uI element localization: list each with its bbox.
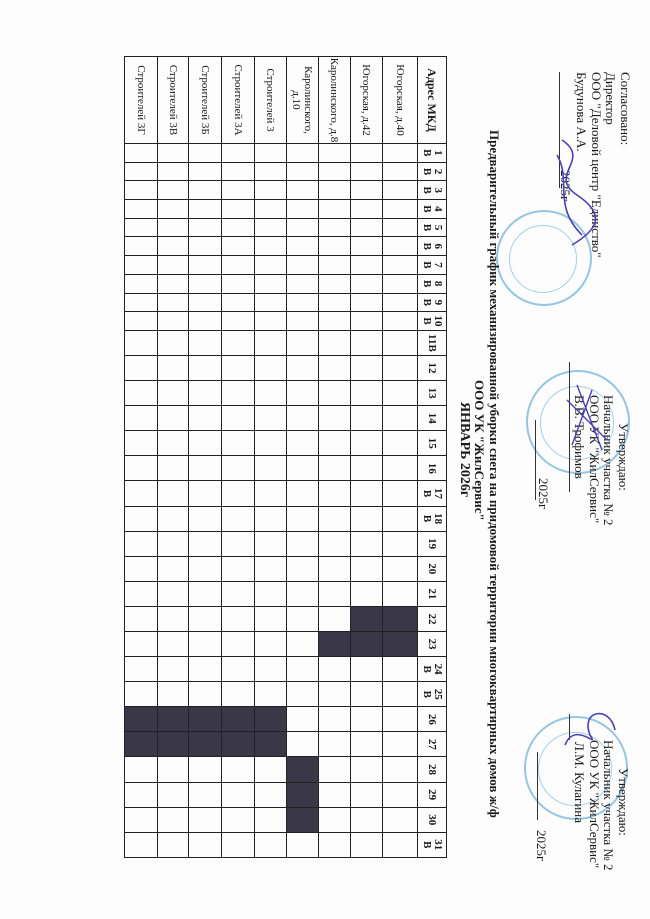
schedule-cell [158, 162, 189, 181]
table-row: Каролинского, д.8 [319, 57, 351, 858]
table-row: Югорская, д.42 [351, 57, 383, 858]
schedule-cell [222, 581, 255, 606]
schedule-cell [351, 832, 383, 857]
schedule-cell [287, 406, 319, 431]
address-cell: Югорская, д.40 [383, 57, 418, 144]
schedule-cell [222, 682, 255, 707]
schedule-cell [189, 293, 222, 312]
day-number: 23 [427, 632, 438, 656]
day-header: 6В [418, 237, 447, 256]
address-cell: Строителей 3 [255, 57, 287, 144]
schedule-cell [222, 481, 255, 506]
schedule-cell [351, 581, 383, 606]
schedule-cell [125, 406, 158, 431]
schedule-cell [287, 556, 319, 581]
schedule-cell [222, 456, 255, 481]
day-off-mark: В [421, 682, 432, 706]
schedule-cell [158, 312, 189, 331]
schedule-cell [319, 406, 351, 431]
schedule-cell [189, 481, 222, 506]
schedule-cell [383, 200, 418, 219]
day-header: 28 [418, 757, 447, 782]
schedule-cell [125, 757, 158, 782]
schedule-cell [222, 162, 255, 181]
schedule-cell [319, 531, 351, 556]
day-number: 18 [432, 507, 443, 531]
schedule-cell [351, 682, 383, 707]
day-off-mark: В [421, 833, 432, 857]
schedule-cell [287, 312, 319, 331]
signature-icon [560, 700, 620, 760]
schedule-cell [319, 181, 351, 200]
schedule-cell [351, 757, 383, 782]
schedule-cell [125, 218, 158, 237]
schedule-cell [383, 381, 418, 406]
schedule-cell [158, 782, 189, 807]
schedule-cell [287, 381, 319, 406]
schedule-cell [189, 807, 222, 832]
day-header: 29 [418, 782, 447, 807]
schedule-cell [383, 256, 418, 275]
schedule-cell [351, 274, 383, 293]
day-off-mark: В [421, 481, 432, 505]
scheduled-cell [189, 732, 222, 757]
day-number: 14 [427, 406, 438, 430]
schedule-cell [351, 807, 383, 832]
schedule-cell [158, 406, 189, 431]
schedule-cell [189, 355, 222, 380]
schedule-cell [351, 782, 383, 807]
schedule-cell [319, 431, 351, 456]
day-number: 19 [427, 532, 438, 556]
day-header: 13 [418, 381, 447, 406]
approved2-date: 2025г [534, 830, 549, 861]
table-header-row: Адрес МКД 1В2В3В4В5В6В7В8В9В10В11В121314… [418, 57, 447, 858]
schedule-cell [222, 330, 255, 355]
schedule-cell [351, 431, 383, 456]
schedule-cell [125, 581, 158, 606]
schedule-cell [351, 293, 383, 312]
day-off-mark: В [421, 507, 432, 531]
schedule-cell [158, 682, 189, 707]
schedule-cell [287, 200, 319, 219]
approved1-date: 2025г [536, 478, 551, 509]
day-number: 16 [427, 456, 438, 480]
agreed-position: Директор [603, 72, 618, 258]
schedule-cell [255, 256, 287, 275]
schedule-cell [319, 807, 351, 832]
schedule-cell [158, 506, 189, 531]
schedule-cell [287, 456, 319, 481]
schedule-cell [255, 632, 287, 657]
schedule-cell [222, 256, 255, 275]
day-number: 6 [432, 237, 443, 255]
schedule-cell [125, 431, 158, 456]
scheduled-cell [125, 707, 158, 732]
schedule-cell [351, 406, 383, 431]
schedule-cell [222, 606, 255, 631]
day-header: 3В [418, 181, 447, 200]
schedule-cell [189, 531, 222, 556]
table-row: Строителей 3Б [189, 57, 222, 858]
schedule-cell [189, 431, 222, 456]
schedule-cell [383, 162, 418, 181]
schedule-cell [319, 144, 351, 163]
schedule-cell [222, 632, 255, 657]
schedule-cell [287, 732, 319, 757]
schedule-cell [158, 581, 189, 606]
schedule-cell [319, 200, 351, 219]
schedule-cell [287, 355, 319, 380]
day-off-mark: В [421, 219, 432, 237]
schedule-cell [158, 556, 189, 581]
schedule-cell [125, 832, 158, 857]
schedule-cell [222, 355, 255, 380]
schedule-cell [383, 506, 418, 531]
schedule-cell [319, 256, 351, 275]
scheduled-cell [255, 707, 287, 732]
day-number: 26 [427, 707, 438, 731]
schedule-cell [287, 481, 319, 506]
schedule-cell [383, 807, 418, 832]
day-header: 21 [418, 581, 447, 606]
day-off-mark: В [421, 181, 432, 199]
schedule-cell [319, 274, 351, 293]
schedule-cell [189, 237, 222, 256]
schedule-cell [255, 406, 287, 431]
schedule-cell [383, 657, 418, 682]
schedule-cell [255, 330, 287, 355]
day-number: 8 [432, 275, 443, 293]
day-header: 12 [418, 355, 447, 380]
schedule-cell [287, 218, 319, 237]
day-header: 8В [418, 274, 447, 293]
schedule-cell [319, 381, 351, 406]
table-row: Строителей 3А [222, 57, 255, 858]
day-number: 12 [427, 356, 438, 380]
schedule-cell [158, 606, 189, 631]
day-number: 27 [427, 732, 438, 756]
schedule-cell [255, 606, 287, 631]
schedule-cell [158, 757, 189, 782]
schedule-cell [319, 606, 351, 631]
address-cell: Каролинского, д.10 [287, 57, 319, 144]
day-number: 17 [432, 481, 443, 505]
schedule-cell [351, 181, 383, 200]
schedule-cell [125, 293, 158, 312]
day-number: 21 [427, 582, 438, 606]
schedule-cell [319, 506, 351, 531]
schedule-cell [383, 293, 418, 312]
schedule-cell [319, 556, 351, 581]
schedule-cell [125, 381, 158, 406]
schedule-cell [189, 312, 222, 331]
schedule-cell [383, 757, 418, 782]
schedule-cell [125, 181, 158, 200]
scheduled-cell [222, 732, 255, 757]
schedule-cell [189, 200, 222, 219]
schedule-cell [189, 606, 222, 631]
schedule-cell [222, 200, 255, 219]
schedule-cell [222, 657, 255, 682]
schedule-cell [222, 531, 255, 556]
scheduled-cell [125, 732, 158, 757]
day-header: 18В [418, 506, 447, 531]
schedule-cell [222, 431, 255, 456]
schedule-cell [351, 162, 383, 181]
schedule-cell [189, 218, 222, 237]
schedule-cell [222, 218, 255, 237]
scheduled-cell [383, 632, 418, 657]
day-number: 3 [432, 181, 443, 199]
address-cell: Строителей 3А [222, 57, 255, 144]
schedule-cell [255, 431, 287, 456]
schedule-cell [189, 381, 222, 406]
schedule-cell [383, 181, 418, 200]
schedule-cell [319, 657, 351, 682]
schedule-cell [158, 456, 189, 481]
schedule-cell [222, 506, 255, 531]
schedule-cell [319, 456, 351, 481]
schedule-cell [383, 456, 418, 481]
schedule-cell [319, 237, 351, 256]
scheduled-cell [222, 707, 255, 732]
schedule-cell [351, 312, 383, 331]
day-header: 25В [418, 682, 447, 707]
day-header: 4В [418, 200, 447, 219]
scheduled-cell [287, 757, 319, 782]
schedule-cell [287, 144, 319, 163]
schedule-cell [351, 330, 383, 355]
schedule-cell [255, 807, 287, 832]
schedule-cell [255, 832, 287, 857]
schedule-cell [255, 556, 287, 581]
day-number: 9 [432, 294, 443, 312]
schedule-cell [189, 256, 222, 275]
schedule-cell [189, 144, 222, 163]
schedule-cell [319, 355, 351, 380]
schedule-cell [287, 632, 319, 657]
schedule-cell [158, 431, 189, 456]
schedule-cell [255, 657, 287, 682]
schedule-cell [351, 657, 383, 682]
schedule-cell [125, 256, 158, 275]
schedule-cell [383, 581, 418, 606]
schedule-cell [222, 807, 255, 832]
schedule-cell [158, 381, 189, 406]
schedule-cell [189, 181, 222, 200]
schedule-cell [255, 200, 287, 219]
schedule-cell [351, 218, 383, 237]
schedule-cell [287, 237, 319, 256]
day-off-mark: В [421, 312, 432, 330]
day-header: 22 [418, 606, 447, 631]
schedule-cell [158, 274, 189, 293]
schedule-cell [158, 218, 189, 237]
schedule-cell [287, 293, 319, 312]
schedule-cell [222, 556, 255, 581]
schedule-cell [125, 456, 158, 481]
day-number: 31 [432, 833, 443, 857]
day-off-mark: В [421, 657, 432, 681]
day-header: 17В [418, 481, 447, 506]
schedule-cell [383, 732, 418, 757]
schedule-cell [287, 531, 319, 556]
approved2-date-line [537, 752, 538, 820]
schedule-cell [125, 606, 158, 631]
schedule-cell [158, 256, 189, 275]
schedule-cell [158, 355, 189, 380]
day-number: 22 [427, 607, 438, 631]
schedule-cell [125, 481, 158, 506]
schedule-cell [125, 355, 158, 380]
schedule-cell [383, 556, 418, 581]
schedule-cell [351, 531, 383, 556]
schedule-cell [319, 782, 351, 807]
schedule-cell [222, 274, 255, 293]
schedule-cell [222, 293, 255, 312]
schedule-cell [255, 531, 287, 556]
schedule-cell [158, 632, 189, 657]
schedule-cell [255, 506, 287, 531]
schedule-cell [255, 757, 287, 782]
schedule-cell [189, 581, 222, 606]
schedule-cell [383, 782, 418, 807]
day-header: 10В [418, 312, 447, 331]
day-number: 30 [427, 808, 438, 832]
schedule-cell [351, 237, 383, 256]
document-page: Согласовано: Директор ООО "Деловой центр… [0, 0, 650, 919]
signature-icon [542, 135, 602, 255]
schedule-cell [222, 237, 255, 256]
day-header: 20 [418, 556, 447, 581]
schedule-cell [383, 481, 418, 506]
day-header: 24В [418, 657, 447, 682]
schedule-cell [158, 657, 189, 682]
schedule-cell [158, 330, 189, 355]
schedule-cell [189, 657, 222, 682]
document-title: Предварительный график механизированной … [486, 130, 502, 818]
schedule-cell [255, 481, 287, 506]
day-off-mark: В [421, 163, 432, 181]
schedule-cell [158, 832, 189, 857]
day-header: 11В [418, 330, 447, 355]
schedule-cell [158, 807, 189, 832]
schedule-cell [351, 381, 383, 406]
day-number: 13 [427, 381, 438, 405]
table-row: Югорская, д.40 [383, 57, 418, 858]
schedule-cell [319, 682, 351, 707]
schedule-cell [222, 782, 255, 807]
schedule-cell [189, 832, 222, 857]
schedule-cell [383, 330, 418, 355]
day-off-mark: В [421, 256, 432, 274]
schedule-cell [287, 707, 319, 732]
schedule-cell [189, 274, 222, 293]
address-cell: Каролинского, д.8 [319, 57, 351, 144]
schedule-cell [287, 330, 319, 355]
day-header: 30 [418, 807, 447, 832]
table-row: Строителей 3 [255, 57, 287, 858]
schedule-cell [255, 274, 287, 293]
schedule-cell [351, 355, 383, 380]
schedule-cell [255, 237, 287, 256]
schedule-cell [383, 531, 418, 556]
schedule-table: Адрес МКД 1В2В3В4В5В6В7В8В9В10В11В121314… [124, 56, 447, 858]
schedule-cell [383, 218, 418, 237]
schedule-cell [125, 506, 158, 531]
schedule-cell [125, 237, 158, 256]
schedule-cell [125, 632, 158, 657]
day-number: 24 [432, 657, 443, 681]
schedule-cell [319, 162, 351, 181]
address-cell: Югорская, д.42 [351, 57, 383, 144]
day-number: 10 [432, 312, 443, 330]
schedule-cell [255, 782, 287, 807]
schedule-cell [319, 293, 351, 312]
schedule-cell [125, 531, 158, 556]
schedule-cell [255, 218, 287, 237]
day-number: 7 [432, 256, 443, 274]
schedule-cell [351, 506, 383, 531]
schedule-cell [189, 682, 222, 707]
schedule-cell [319, 757, 351, 782]
schedule-cell [255, 312, 287, 331]
schedule-cell [255, 162, 287, 181]
address-cell: Строителей 3В [158, 57, 189, 144]
schedule-cell [158, 200, 189, 219]
day-header: 5В [418, 218, 447, 237]
schedule-cell [351, 256, 383, 275]
schedule-cell [125, 807, 158, 832]
schedule-cell [319, 481, 351, 506]
schedule-cell [287, 162, 319, 181]
scheduled-cell [287, 807, 319, 832]
scheduled-cell [255, 732, 287, 757]
scheduled-cell [287, 782, 319, 807]
schedule-cell [222, 757, 255, 782]
address-cell: Строителей 3Г [125, 57, 158, 144]
schedule-cell [351, 481, 383, 506]
schedule-cell [287, 657, 319, 682]
schedule-cell [125, 144, 158, 163]
scheduled-cell [158, 732, 189, 757]
schedule-cell [255, 682, 287, 707]
day-number: 25 [432, 682, 443, 706]
day-number: 2 [432, 163, 443, 181]
schedule-cell [319, 218, 351, 237]
schedule-cell [383, 355, 418, 380]
schedule-cell [158, 144, 189, 163]
scheduled-cell [351, 606, 383, 631]
schedule-cell [319, 330, 351, 355]
day-number: 11В [427, 331, 438, 355]
schedule-cell [255, 456, 287, 481]
day-header: 14 [418, 406, 447, 431]
schedule-cell [158, 293, 189, 312]
schedule-cell [351, 556, 383, 581]
schedule-cell [287, 606, 319, 631]
schedule-cell [222, 181, 255, 200]
schedule-cell [351, 707, 383, 732]
day-header: 1В [418, 144, 447, 163]
schedule-cell [287, 581, 319, 606]
day-header: 15 [418, 431, 447, 456]
schedule-cell [189, 162, 222, 181]
day-number: 5 [432, 219, 443, 237]
signature-icon [562, 380, 612, 460]
schedule-cell [125, 274, 158, 293]
